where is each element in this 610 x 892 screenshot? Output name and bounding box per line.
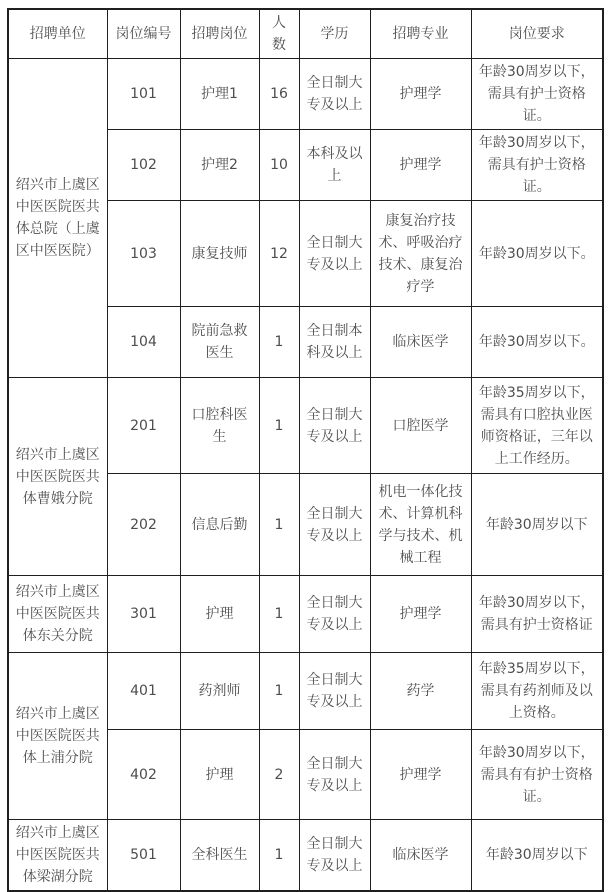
requirements-cell: 年龄30周岁以下，需具有有护士资格证。 (471, 730, 603, 820)
major-cell: 护理学 (370, 730, 471, 820)
header-row: 招聘单位 岗位编号 招聘岗位 人数 学历 招聘专业 岗位要求 (8, 9, 603, 59)
requirements-cell: 年龄30周岁以下。 (471, 201, 603, 307)
code-cell: 101 (107, 59, 180, 130)
requirements-cell: 年龄35周岁以下，需具有药剂师及以上资格。 (471, 653, 603, 730)
requirements-cell: 年龄35周岁以下，需具有口腔执业医师资格证，三年以上工作经历。 (471, 378, 603, 474)
count-cell: 2 (259, 730, 299, 820)
table-row: 绍兴市上虞区中医医院医共体梁湖分院 501 全科医生 1 全日制大专及以上 临床… (8, 820, 603, 892)
recruitment-table: 招聘单位 岗位编号 招聘岗位 人数 学历 招聘专业 岗位要求 绍兴市上虞区中医医… (7, 8, 604, 892)
code-cell: 301 (107, 576, 180, 653)
position-cell: 护理1 (180, 59, 259, 130)
major-cell: 口腔医学 (370, 378, 471, 474)
code-cell: 103 (107, 201, 180, 307)
table-row: 绍兴市上虞区中医医院医共体上浦分院 401 药剂师 1 全日制大专及以上 药学 … (8, 653, 603, 730)
header-cell-count: 人数 (259, 9, 299, 59)
table-row: 绍兴市上虞区中医医院医共体东关分院 301 护理 1 全日制大专及以上 护理学 … (8, 576, 603, 653)
major-cell: 临床医学 (370, 820, 471, 892)
education-cell: 全日制大专及以上 (299, 820, 370, 892)
table-row: 绍兴市上虞区中医医院医共体曹娥分院 201 口腔科医生 1 全日制大专及以上 口… (8, 378, 603, 474)
code-cell: 104 (107, 307, 180, 378)
header-cell-position: 招聘岗位 (180, 9, 259, 59)
position-cell: 口腔科医生 (180, 378, 259, 474)
position-cell: 康复技师 (180, 201, 259, 307)
code-cell: 501 (107, 820, 180, 892)
requirements-cell: 年龄30周岁以下，需具有护士资格证 (471, 576, 603, 653)
header-cell-major: 招聘专业 (370, 9, 471, 59)
unit-cell: 绍兴市上虞区中医医院医共体曹娥分院 (8, 378, 107, 576)
count-cell: 1 (259, 820, 299, 892)
count-cell: 1 (259, 474, 299, 576)
position-cell: 药剂师 (180, 653, 259, 730)
major-cell: 护理学 (370, 130, 471, 201)
header-cell-code: 岗位编号 (107, 9, 180, 59)
count-cell: 16 (259, 59, 299, 130)
header-cell-education: 学历 (299, 9, 370, 59)
education-cell: 全日制本科及以上 (299, 307, 370, 378)
education-cell: 全日制大专及以上 (299, 59, 370, 130)
education-cell: 本科及以上 (299, 130, 370, 201)
requirements-cell: 年龄30周岁以下，需具有护士资格证。 (471, 59, 603, 130)
education-cell: 全日制大专及以上 (299, 730, 370, 820)
count-cell: 1 (259, 307, 299, 378)
unit-cell: 绍兴市上虞区中医医院医共体总院（上虞区中医医院） (8, 59, 107, 378)
requirements-cell: 年龄30周岁以下。 (471, 307, 603, 378)
major-cell: 机电一体化技术、计算机科学与技术、机械工程 (370, 474, 471, 576)
education-cell: 全日制大专及以上 (299, 474, 370, 576)
count-cell: 1 (259, 576, 299, 653)
major-cell: 药学 (370, 653, 471, 730)
major-cell: 康复治疗技术、呼吸治疗技术、康复治疗学 (370, 201, 471, 307)
count-cell: 10 (259, 130, 299, 201)
code-cell: 202 (107, 474, 180, 576)
requirements-cell: 年龄30周岁以下 (471, 474, 603, 576)
position-cell: 护理2 (180, 130, 259, 201)
position-cell: 信息后勤 (180, 474, 259, 576)
unit-cell: 绍兴市上虞区中医医院医共体梁湖分院 (8, 820, 107, 892)
position-cell: 全科医生 (180, 820, 259, 892)
position-cell: 护理 (180, 730, 259, 820)
header-cell-unit: 招聘单位 (8, 9, 107, 59)
requirements-cell: 年龄30周岁以下 (471, 820, 603, 892)
major-cell: 临床医学 (370, 307, 471, 378)
count-cell: 1 (259, 378, 299, 474)
header-cell-requirements: 岗位要求 (471, 9, 603, 59)
major-cell: 护理学 (370, 576, 471, 653)
code-cell: 401 (107, 653, 180, 730)
requirements-cell: 年龄30周岁以下，需具有护士资格证。 (471, 130, 603, 201)
count-cell: 1 (259, 653, 299, 730)
education-cell: 全日制大专及以上 (299, 653, 370, 730)
code-cell: 402 (107, 730, 180, 820)
major-cell: 护理学 (370, 59, 471, 130)
education-cell: 全日制大专及以上 (299, 201, 370, 307)
code-cell: 201 (107, 378, 180, 474)
table-row: 绍兴市上虞区中医医院医共体总院（上虞区中医医院） 101 护理1 16 全日制大… (8, 59, 603, 130)
unit-cell: 绍兴市上虞区中医医院医共体东关分院 (8, 576, 107, 653)
code-cell: 102 (107, 130, 180, 201)
position-cell: 院前急救医生 (180, 307, 259, 378)
position-cell: 护理 (180, 576, 259, 653)
education-cell: 全日制大专及以上 (299, 576, 370, 653)
count-cell: 12 (259, 201, 299, 307)
unit-cell: 绍兴市上虞区中医医院医共体上浦分院 (8, 653, 107, 820)
education-cell: 全日制大专及以上 (299, 378, 370, 474)
